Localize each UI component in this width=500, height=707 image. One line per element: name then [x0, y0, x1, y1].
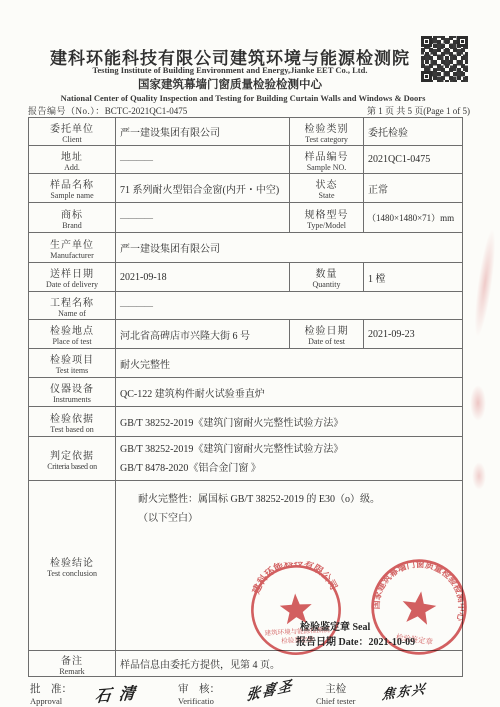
conclusion-label: 检验结论Test conclusion: [29, 481, 116, 651]
instruments-label: 仪器设备Instruments: [29, 378, 116, 407]
criteria-label: 判定依据Criteria based on: [29, 437, 116, 481]
manufacturer-label: 生产单位Manufacturer: [29, 233, 116, 263]
quantity-label: 数量Quantity: [290, 263, 364, 292]
edge-stamp-smudge: [470, 228, 499, 339]
seal-caption: 检验鉴定章 Seal: [300, 618, 370, 633]
sample-name-label: 样品名称Sample name: [29, 174, 116, 203]
report-number-line: 报告编号（No.）：BCTC-2021QC1-0475 第 1 页 共 5 页(…: [28, 104, 478, 117]
test-based-on-label: 检验依据Test based on: [29, 407, 116, 437]
quantity-value: 1 樘: [364, 263, 463, 292]
place-of-test-label: 检验地点Place of test: [29, 320, 116, 349]
type-model-label: 规格型号Type/Model: [290, 203, 364, 233]
state-label: 状态State: [290, 174, 364, 203]
report-number-label: 报告编号（No.）：: [28, 106, 105, 116]
approval-signature: 石 清: [94, 680, 138, 707]
delivery-date-label: 送样日期Date of delivery: [29, 263, 116, 292]
report-number: BCTC-2021QC1-0475: [105, 106, 188, 116]
row-address: 地址Add. ———— 样品编号Sample NO. 2021QC1-0475: [29, 146, 463, 174]
criteria-value: GB/T 38252-2019《建筑门窗耐火完整性试验方法》 GB/T 8478…: [116, 437, 463, 481]
sample-no-label: 样品编号Sample NO.: [290, 146, 364, 174]
brand-value: ————: [116, 203, 290, 233]
report-date: 报告日期 Date：2021-10-09: [296, 633, 415, 648]
row-sample-name: 样品名称Sample name 71 系列耐火型铝合金窗(内开・中空) 状态St…: [29, 174, 463, 203]
row-place-of-test: 检验地点Place of test 河北省高碑店市兴隆大街 6 号 检验日期Da…: [29, 320, 463, 349]
star-icon: [400, 589, 438, 626]
place-of-test-value: 河北省高碑店市兴隆大街 6 号: [116, 320, 290, 349]
chief-tester-label: 主检 Chief tester: [316, 681, 355, 706]
delivery-date-value: 2021-09-18: [116, 263, 290, 292]
remark-label: 备注Remark: [29, 651, 116, 677]
svg-text:建科环能科技有限公司: 建科环能科技有限公司: [248, 560, 340, 597]
brand-label: 商标Brand: [29, 203, 116, 233]
project-name-label: 工程名称Name of: [29, 292, 116, 320]
approval-label: 批 准： Approval: [30, 681, 72, 706]
state-value: 正常: [364, 174, 463, 203]
chief-tester-signature: 焦东兴: [381, 678, 428, 704]
row-test-items: 检验项目Test items 耐火完整性: [29, 349, 463, 378]
test-items-label: 检验项目Test items: [29, 349, 116, 378]
row-instruments: 仪器设备Instruments QC-122 建筑构件耐火试验垂直炉: [29, 378, 463, 407]
edge-stamp-smudge: [470, 385, 486, 421]
type-model-value: （1480×1480×71）mm: [364, 203, 463, 233]
address-value: ————: [116, 146, 290, 174]
qr-code-icon: [421, 36, 468, 82]
row-manufacturer: 生产单位Manufacturer 严一建设集团有限公司: [29, 233, 463, 263]
row-delivery-date: 送样日期Date of delivery 2021-09-18 数量Quanti…: [29, 263, 463, 292]
center-title-en: National Center of Quality Inspection an…: [0, 93, 486, 103]
row-test-based-on: 检验依据Test based on GB/T 38252-2019《建筑门窗耐火…: [29, 407, 463, 437]
row-criteria: 判定依据Criteria based on GB/T 38252-2019《建筑…: [29, 437, 463, 481]
verify-signature: 张喜圣: [245, 675, 294, 706]
sample-name-value: 71 系列耐火型铝合金窗(内开・中空): [116, 174, 290, 203]
instruments-value: QC-122 建筑构件耐火试验垂直炉: [116, 378, 463, 407]
page-indicator: 第 1 页 共 5 页(Page 1 of 5): [367, 104, 470, 117]
client-label: 委托单位Client: [29, 118, 116, 146]
manufacturer-value: 严一建设集团有限公司: [116, 233, 463, 263]
test-items-value: 耐火完整性: [116, 349, 463, 378]
project-name-value: ————: [116, 292, 463, 320]
row-brand: 商标Brand ———— 规格型号Type/Model （1480×1480×7…: [29, 203, 463, 233]
row-project-name: 工程名称Name of ————: [29, 292, 463, 320]
test-date-label: 检验日期Date of test: [290, 320, 364, 349]
center-title-cn: 国家建筑幕墙门窗质量检验检测中心: [0, 76, 460, 92]
test-date-value: 2021-09-23: [364, 320, 463, 349]
edge-stamp-smudge: [472, 462, 486, 490]
row-client: 委托单位Client 严一建设集团有限公司 检验类别Test category …: [29, 118, 463, 146]
test-category-value: 委托检验: [364, 118, 463, 146]
verify-label: 审 核： Verificatio: [178, 681, 220, 706]
test-category-label: 检验类别Test category: [290, 118, 364, 146]
client-value: 严一建设集团有限公司: [116, 118, 290, 146]
sample-no-value: 2021QC1-0475: [364, 146, 463, 174]
test-based-on-value: GB/T 38252-2019《建筑门窗耐火完整性试验方法》: [116, 407, 463, 437]
institute-title-en: Testing Institute of Building Environmen…: [0, 65, 460, 75]
address-label: 地址Add.: [29, 146, 116, 174]
